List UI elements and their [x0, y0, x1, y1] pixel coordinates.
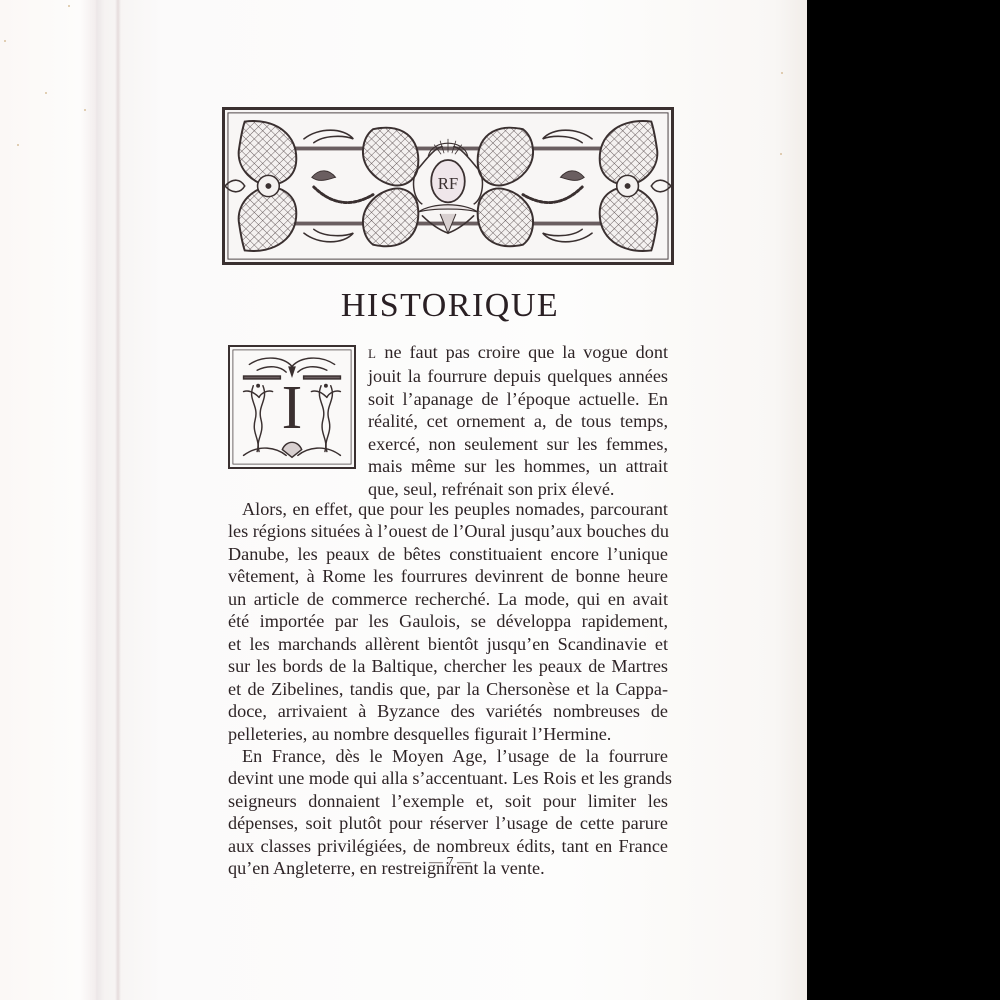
paper-speck: [45, 92, 47, 94]
text-line: jouit la fourrure depuis quelques années: [368, 365, 668, 387]
text-line: aux classes privilégiées, de nombreux éd…: [228, 835, 668, 857]
text-line: sur les bords de la Baltique, chercher l…: [228, 655, 668, 677]
page-gutter-fold: [115, 0, 121, 1000]
text-line: seigneurs donnaient l’exemple et, soit p…: [228, 790, 668, 812]
page-number: — 7 —: [0, 855, 900, 871]
paper-speck: [84, 109, 86, 111]
text-line: pelleteries, au nombre desquelles figura…: [228, 723, 668, 745]
book-page: RF HISTORIQUE: [0, 0, 807, 1000]
text-line: soit l’apanage de l’époque actuelle. En: [368, 388, 668, 410]
dark-background: [807, 0, 1000, 1000]
paragraph: Alors, en effet, que pour les peuples no…: [228, 498, 668, 745]
paper-speck: [68, 5, 70, 7]
text-line: exercé, non seulement sur les femmes,: [368, 433, 668, 455]
text-line: Danube, les peaux de bêtes constituaient…: [228, 543, 668, 565]
text-line: Alors, en effet, que pour les peuples no…: [228, 498, 668, 520]
text-line: été importée par les Gaulois, se dévelop…: [228, 610, 668, 632]
text-line: et de Zibelines, tandis que, par la Cher…: [228, 678, 668, 700]
text-line: réalité, cet ornement a, de tous temps,: [368, 410, 668, 432]
intro-paragraph: L ne faut pas croire que la vogue dont j…: [368, 341, 668, 500]
text-line: devint une mode qui alla s’accentuant. L…: [228, 767, 668, 789]
text-line: un article de commerce recherché. La mod…: [228, 588, 668, 610]
chapter-title: HISTORIQUE: [0, 287, 900, 325]
svg-text:RF: RF: [438, 174, 459, 193]
headpiece-ornament-icon: RF: [225, 110, 671, 262]
text-line: doce, arrivaient à Byzance des variétés …: [228, 700, 668, 722]
text-line: les régions situées à l’ouest de l’Oural…: [228, 520, 668, 542]
paper-speck: [4, 40, 6, 42]
paper-speck: [781, 72, 783, 74]
text-line: que, seul, refrénait son prix élevé.: [368, 478, 668, 500]
text-line: L ne faut pas croire que la vogue dont: [368, 341, 668, 365]
paper-speck: [17, 144, 19, 146]
text-line: En France, dès le Moyen Age, l’usage de …: [228, 745, 668, 767]
ornamental-headpiece: RF: [222, 107, 674, 265]
paper-speck: [780, 153, 782, 155]
ornamental-drop-cap: I: [228, 345, 356, 469]
drop-cap-letter: I: [230, 377, 354, 439]
text-line: dépenses, soit plutôt pour réserver l’us…: [228, 812, 668, 834]
text-line: et les marchands allèrent bientôt jusqu’…: [228, 633, 668, 655]
text-line: vêtement, à Rome les fourrures devinrent…: [228, 565, 668, 587]
text-line: mais même sur les hommes, un attrait: [368, 455, 668, 477]
body-text: Alors, en effet, que pour les peuples no…: [228, 498, 668, 880]
